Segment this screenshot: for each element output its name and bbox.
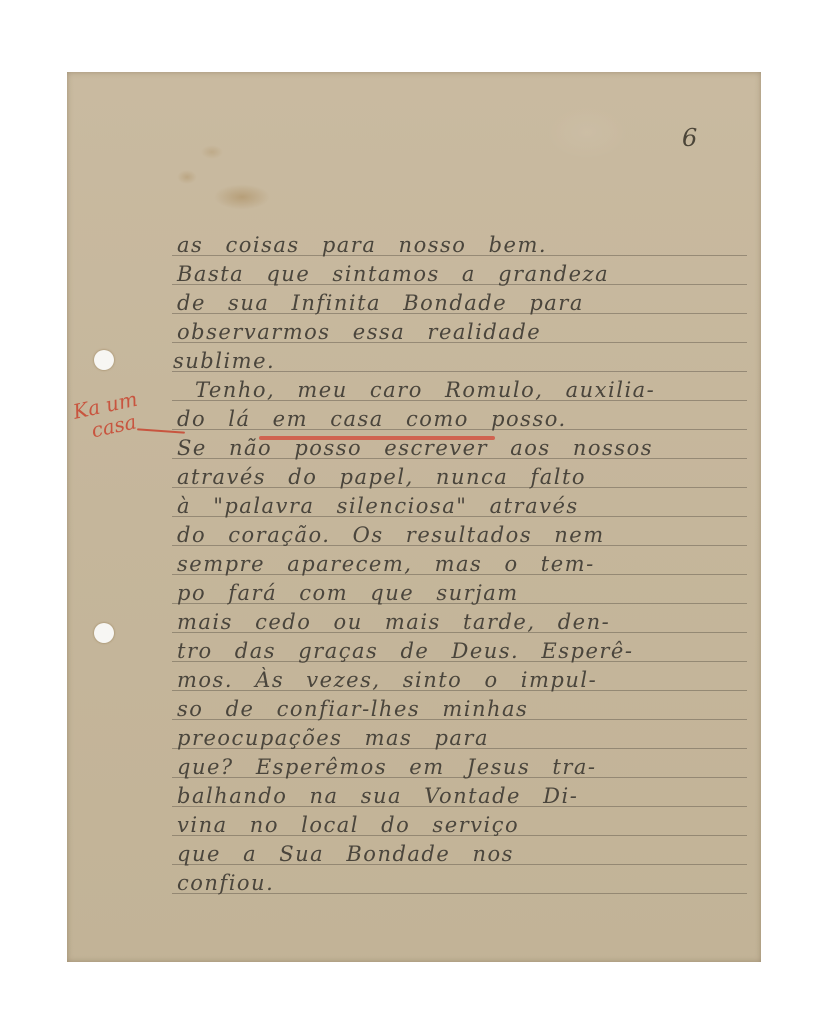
text-line: sublime. (173, 349, 753, 373)
text-line: que a Sua Bondade nos (177, 842, 757, 866)
text-line: as coisas para nosso bem. (177, 233, 757, 257)
text-line: po fará com que surjam (177, 581, 757, 605)
letter-page: 6 Ka um casa as coisas para nosso bem. B… (67, 72, 761, 962)
text-line: so de confiar-lhes minhas (177, 697, 757, 721)
text-line: sempre aparecem, mas o tem- (177, 552, 757, 576)
text-line: observarmos essa realidade (177, 320, 757, 344)
text-line: mos. Às vezes, sinto o impul- (177, 668, 757, 692)
text-line: Se não posso escrever aos nossos (177, 436, 757, 460)
text-line: do coração. Os resultados nem (177, 523, 757, 547)
text-line: preocupações mas para (177, 726, 757, 750)
text-line: através do papel, nunca falto (177, 465, 757, 489)
text-line: vina no local do serviço (177, 813, 757, 837)
text-line: tro das graças de Deus. Esperê- (177, 639, 757, 663)
text-line: Basta que sintamos a grandeza (177, 262, 757, 286)
text-line: mais cedo ou mais tarde, den- (177, 610, 757, 634)
text-line: de sua Infinita Bondade para (177, 291, 757, 315)
punch-hole-bottom (94, 623, 114, 643)
text-line: do lá em casa como posso. (177, 407, 757, 431)
text-line: confiou. (177, 871, 757, 895)
punch-hole-top (94, 350, 114, 370)
margin-note: Ka um casa (71, 388, 144, 445)
text-line: que? Esperêmos em Jesus tra- (177, 755, 757, 779)
text-line: Tenho, meu caro Romulo, auxilia- (195, 378, 775, 402)
text-line: à "palavra silenciosa" através (177, 494, 757, 518)
text-line: balhando na sua Vontade Di- (177, 784, 757, 808)
page-number: 6 (682, 124, 697, 152)
